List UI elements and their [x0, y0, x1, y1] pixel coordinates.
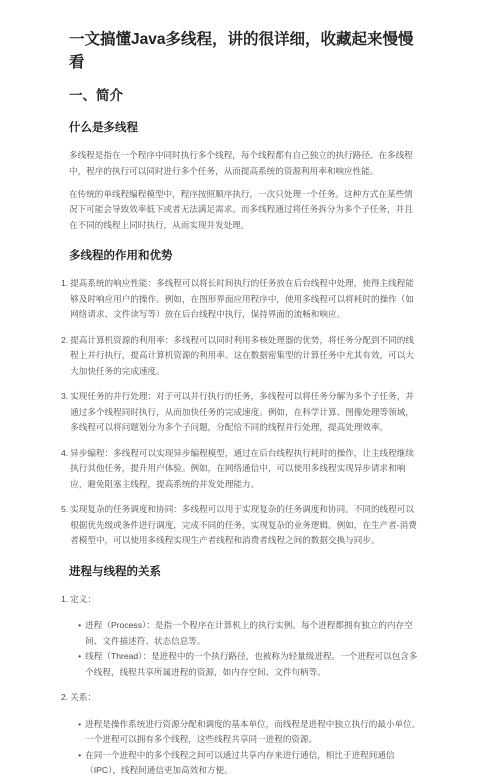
bullet-text: 在同一个进程中的多个线程之间可以通过共享内存来进行通信，相比于进程间通信（IPC… [85, 748, 421, 779]
list-item-relationship: 2. 关系： • 进程是操作系统进行资源分配和调度的基本单位，而线程是进程中独立… [61, 690, 421, 779]
section-heading-intro: 一、简介 [69, 86, 421, 105]
list-text: 提高系统的响应性能：多线程可以将长时间执行的任务放在后台线程中处理，使得主线程能… [70, 276, 421, 323]
subsection-heading-process-thread-relation: 进程与线程的关系 [69, 565, 421, 580]
list-item-benefit-1: 1. 提高系统的响应性能：多线程可以将长时间执行的任务放在后台线程中处理，使得主… [61, 276, 421, 323]
list-number: 1. [61, 592, 68, 681]
subsection-heading-what-is-multithreading: 什么是多线程 [69, 121, 421, 136]
bullet-text: 进程是操作系统进行资源分配和调度的基本单位，而线程是进程中独立执行的最小单位。一… [85, 717, 421, 748]
bullet-item-thread: • 线程（Thread）：是进程中的一个执行路径，也被称为轻量级进程。一个进程可… [70, 649, 421, 680]
bullet-dot: • [78, 649, 85, 680]
list-number: 5. [61, 502, 68, 549]
list-item-benefit-4: 4. 异步编程：多线程可以实现异步编程模型，通过在后台线程执行耗时的操作，让主线… [61, 446, 421, 493]
list-number: 1. [61, 276, 68, 323]
relationship-bullet-list: • 进程是操作系统进行资源分配和调度的基本单位，而线程是进程中独立执行的最小单位… [70, 717, 421, 779]
paragraph-multithreading-definition: 多线程是指在一个程序中同时执行多个线程，每个线程都有自己独立的执行路径。在多线程… [69, 148, 421, 179]
page-title: 一文搞懂Java多线程，讲的很详细，收藏起来慢慢看 [69, 28, 421, 74]
list-number: 3. [61, 389, 68, 436]
relation-list: 1. 定义： • 进程（Process）：是指一个程序在计算机上的执行实例。每个… [61, 592, 421, 779]
bullet-dot: • [78, 717, 85, 748]
bullet-text: 线程（Thread）：是进程中的一个执行路径，也被称为轻量级进程。一个进程可以包… [85, 649, 421, 680]
list-item-benefit-2: 2. 提高计算机资源的利用率：多线程可以同时利用多核处理器的优势，将任务分配到不… [61, 333, 421, 380]
bullet-dot: • [78, 748, 85, 779]
bullet-item-shared-memory: • 在同一个进程中的多个线程之间可以通过共享内存来进行通信，相比于进程间通信（I… [70, 748, 421, 779]
list-text: 异步编程：多线程可以实现异步编程模型，通过在后台线程执行耗时的操作，让主线程继续… [70, 446, 421, 493]
list-number: 2. [61, 690, 68, 779]
list-body: 关系： • 进程是操作系统进行资源分配和调度的基本单位，而线程是进程中独立执行的… [70, 690, 421, 779]
subsection-heading-benefits: 多线程的作用和优势 [69, 249, 421, 264]
list-label: 关系： [70, 692, 96, 702]
bullet-item-resource-unit: • 进程是操作系统进行资源分配和调度的基本单位，而线程是进程中独立执行的最小单位… [70, 717, 421, 748]
bullet-text: 进程（Process）：是指一个程序在计算机上的执行实例。每个进程都拥有独立的内… [85, 618, 421, 649]
list-item-benefit-5: 5. 实现复杂的任务调度和协同：多线程可以用于实现复杂的任务调度和协同。不同的线… [61, 502, 421, 549]
list-body: 定义： • 进程（Process）：是指一个程序在计算机上的执行实例。每个进程都… [70, 592, 421, 681]
paragraph-single-thread-model: 在传统的单线程编程模型中，程序按照顺序执行，一次只处理一个任务。这种方式在某些情… [69, 187, 421, 234]
bullet-dot: • [78, 618, 85, 649]
list-item-benefit-3: 3. 实现任务的并行处理：对于可以并行执行的任务，多线程可以将任务分解为多个子任… [61, 389, 421, 436]
list-number: 4. [61, 446, 68, 493]
benefits-list: 1. 提高系统的响应性能：多线程可以将长时间执行的任务放在后台线程中处理，使得主… [61, 276, 421, 549]
list-number: 2. [61, 333, 68, 380]
bullet-item-process: • 进程（Process）：是指一个程序在计算机上的执行实例。每个进程都拥有独立… [70, 618, 421, 649]
list-text: 提高计算机资源的利用率：多线程可以同时利用多核处理器的优势，将任务分配到不同的线… [70, 333, 421, 380]
definition-bullet-list: • 进程（Process）：是指一个程序在计算机上的执行实例。每个进程都拥有独立… [70, 618, 421, 680]
list-text: 实现复杂的任务调度和协同：多线程可以用于实现复杂的任务调度和协同。不同的线程可以… [70, 502, 421, 549]
article-page: 一文搞懂Java多线程，讲的很详细，收藏起来慢慢看 一、简介 什么是多线程 多线… [0, 0, 496, 784]
list-item-definition: 1. 定义： • 进程（Process）：是指一个程序在计算机上的执行实例。每个… [61, 592, 421, 681]
list-text: 实现任务的并行处理：对于可以并行执行的任务，多线程可以将任务分解为多个子任务，并… [70, 389, 421, 436]
list-label: 定义： [70, 594, 96, 604]
